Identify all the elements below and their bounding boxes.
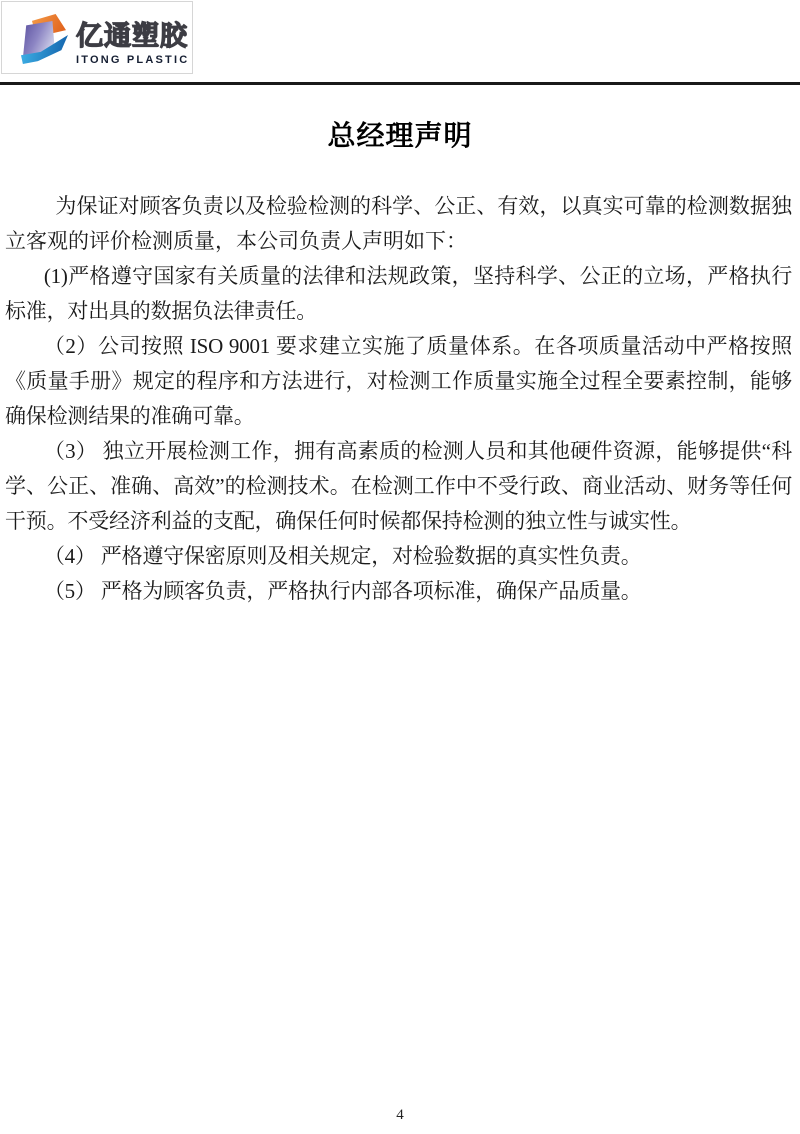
company-logo-icon xyxy=(21,13,68,64)
header-divider xyxy=(0,82,800,85)
statement-item-5: （5） 严格为顾客负责，严格执行内部各项标准，确保产品质量。 xyxy=(5,574,792,609)
company-name-english: ITONG PLASTIC xyxy=(76,54,192,66)
statement-item-3: （3） 独立开展检测工作，拥有高素质的检测人员和其他硬件资源，能够提供“科学、公… xyxy=(5,434,792,539)
statement-intro-paragraph: 为保证对顾客负责以及检验检测的科学、公正、有效，以真实可靠的检测数据独立客观的评… xyxy=(5,189,792,259)
logo-text-block: 亿通塑胶 ITONG PLASTIC xyxy=(76,22,192,66)
page-title: 总经理声明 xyxy=(0,114,800,154)
statement-body: 为保证对顾客负责以及检验检测的科学、公正、有效，以真实可靠的检测数据独立客观的评… xyxy=(5,189,792,609)
statement-item-2: （2）公司按照 ISO 9001 要求建立实施了质量体系。在各项质量活动中严格按… xyxy=(5,329,792,434)
statement-item-4: （4） 严格遵守保密原则及相关规定，对检验数据的真实性负责。 xyxy=(5,539,792,574)
document-page: 亿通塑胶 ITONG PLASTIC 总经理声明 为保证对顾客负责以及检验检测的… xyxy=(0,0,800,1134)
statement-item-1: (1)严格遵守国家有关质量的法律和法规政策，坚持科学、公正的立场，严格执行标准，… xyxy=(5,259,792,329)
company-name-chinese: 亿通塑胶 xyxy=(76,22,192,51)
company-logo: 亿通塑胶 ITONG PLASTIC xyxy=(1,1,193,74)
page-number: 4 xyxy=(0,1107,800,1124)
